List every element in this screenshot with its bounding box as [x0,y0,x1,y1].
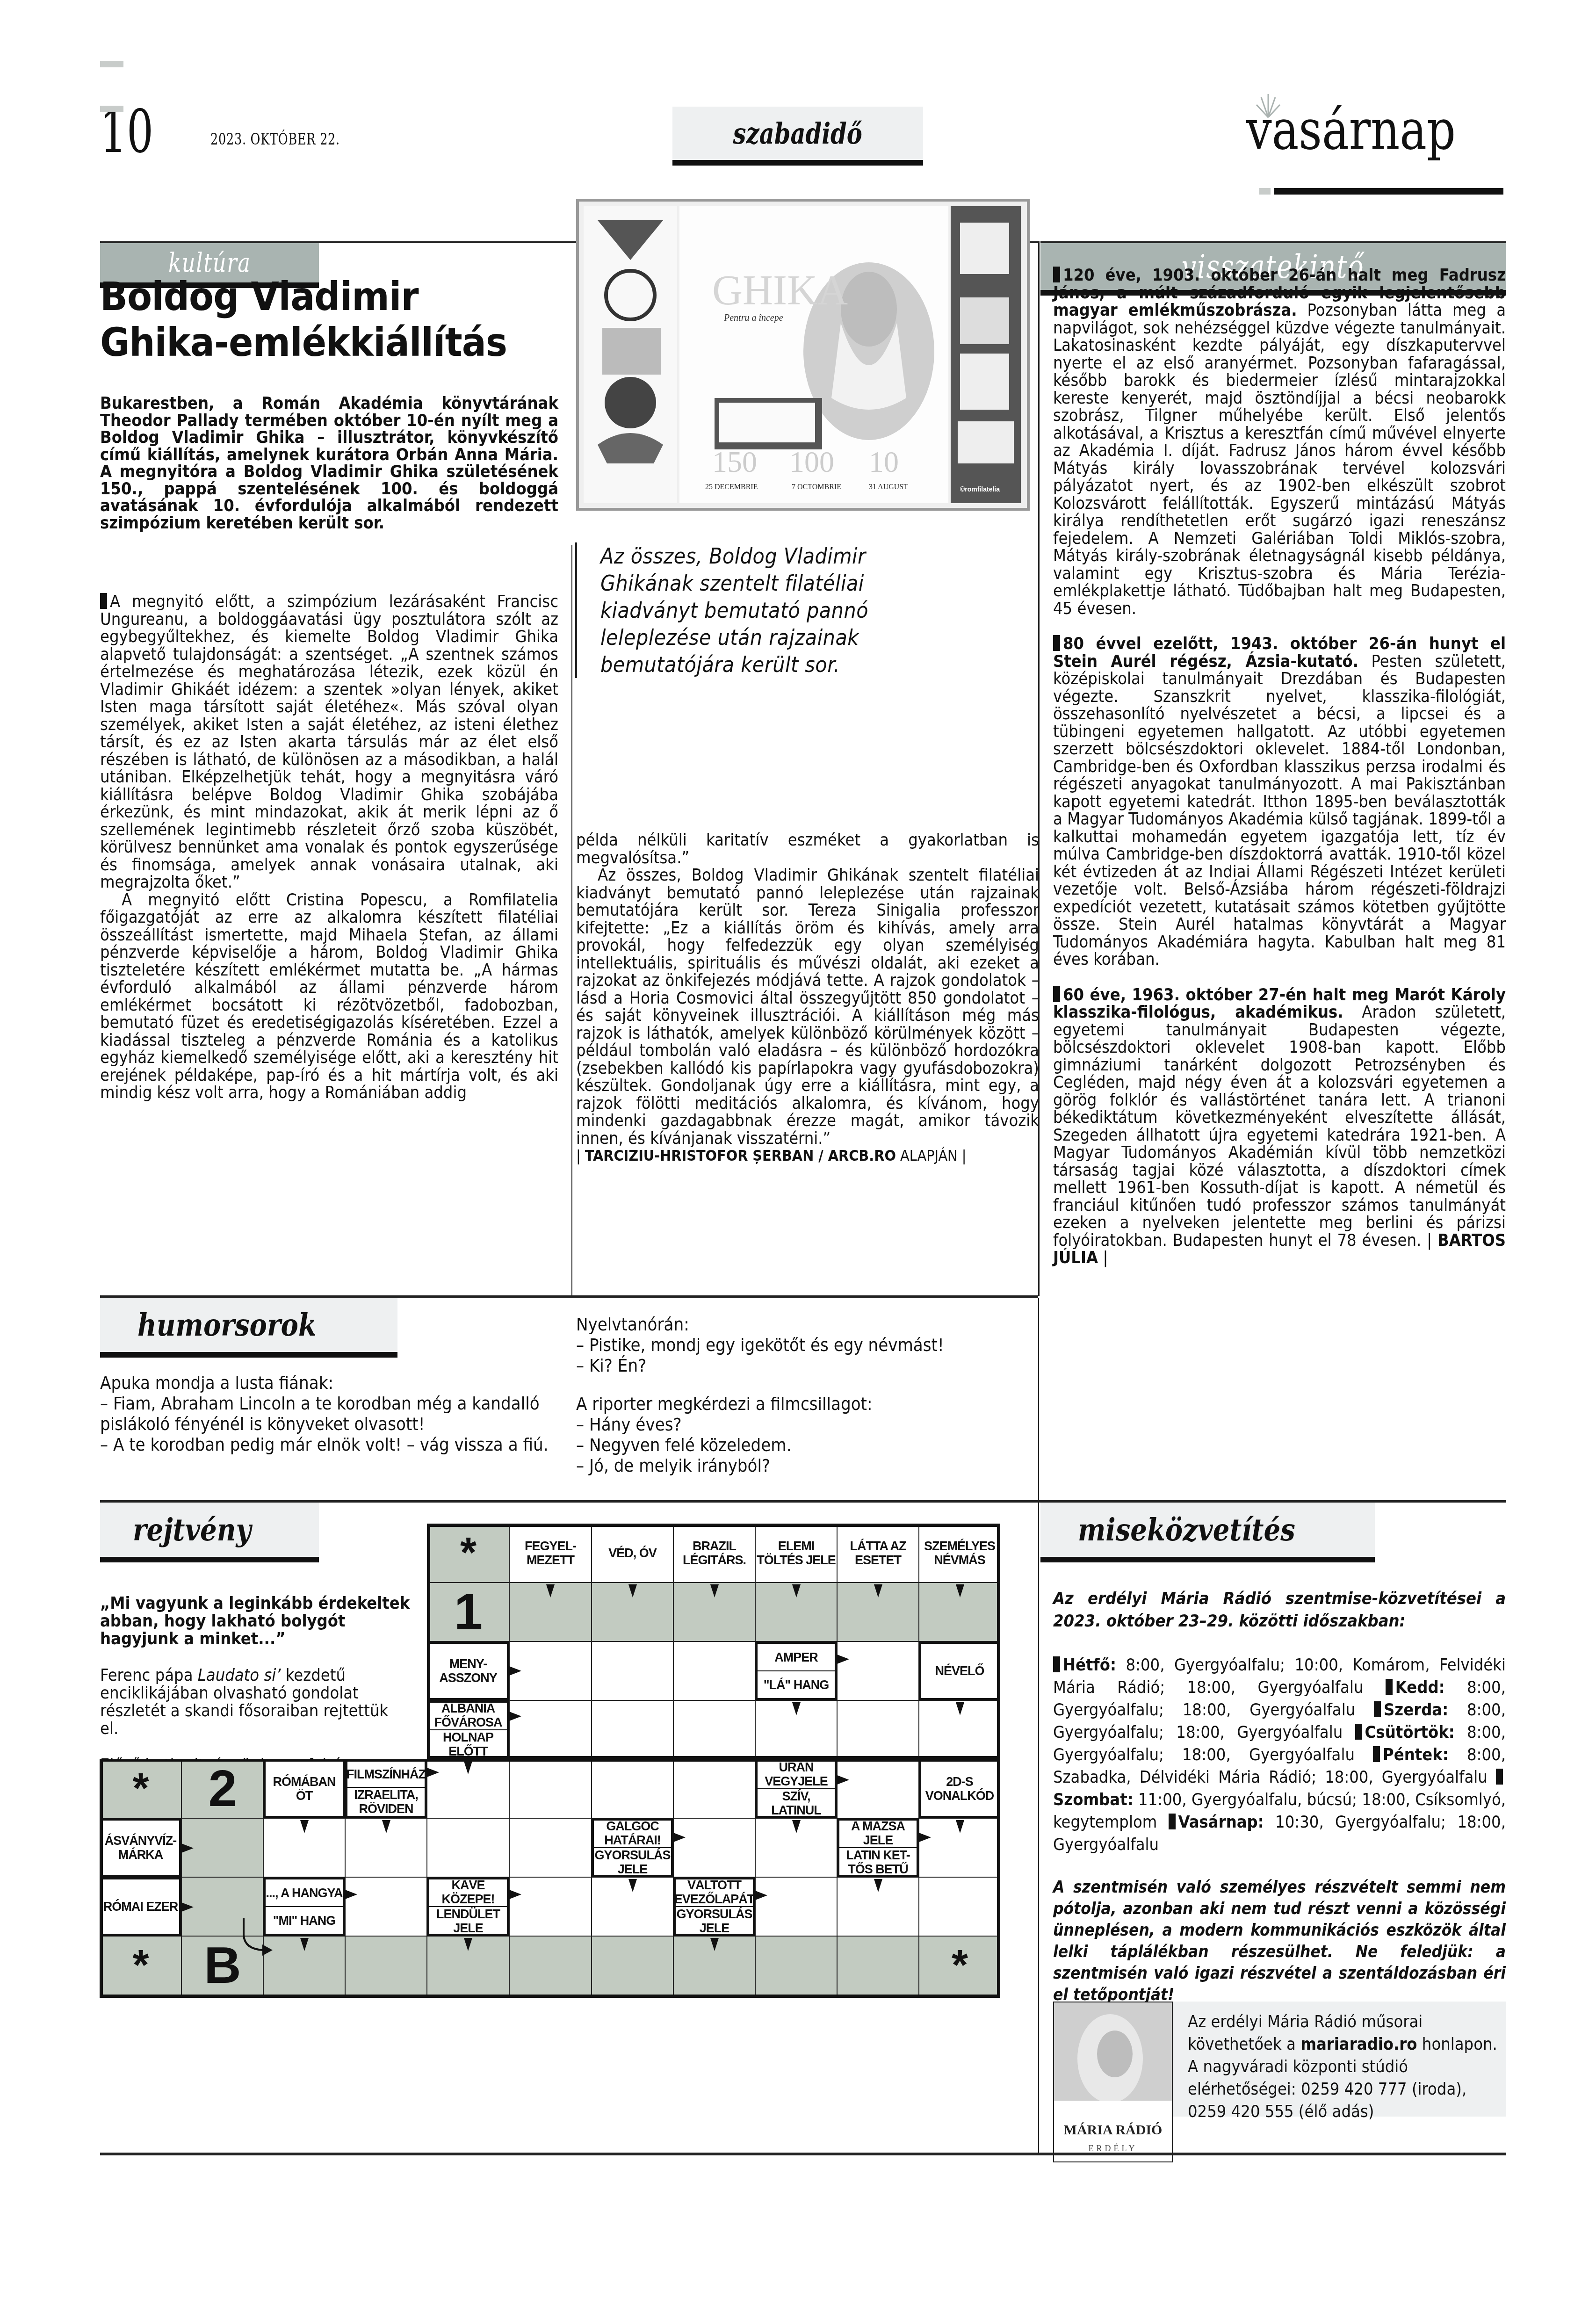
arrow-down-icon [464,1938,472,1951]
lead-text: Bukarestben, a Román Akadémia könyvtárán… [100,394,558,533]
arrow-right-icon [837,1655,849,1664]
clue-text: LENDÜLET JELE [429,1906,507,1935]
arrow-right-icon [181,1902,194,1912]
exhibition-photo: GHIKA Pentru a începe 150 100 10 25 DECE… [576,199,1030,511]
radio-info: Az erdélyi Mária Rádió műsorai követhető… [1188,2011,1501,2123]
mass-schedule: Az erdélyi Mária Rádió szentmise-közvetí… [1053,1588,1506,2006]
kicker-label: miseközvetítés [1078,1511,1295,1548]
mass-note: A szentmisén való személyes részvételt s… [1053,1877,1506,2006]
split-clue-cell: A MÁZSA JELE LATIN KET-TŐS BETŰ [837,1818,919,1877]
article-paragraph: példa nélküli karitatív eszméket a gyako… [576,831,1039,867]
svg-text:31 AUGUST: 31 AUGUST [869,483,908,491]
text: honlapon. [1417,2035,1497,2054]
retro-column: 120 éve, 1903. október 26-án halt meg Fa… [1053,267,1506,1267]
joke-line: – Negyven felé közeledem. [576,1435,1025,1455]
joke-line: – Ki? Én? [576,1355,1025,1376]
svg-text:25 DECEMBRIE: 25 DECEMBRIE [705,483,758,491]
clue-text: KÁVÉ KÖZEPE! [429,1878,507,1906]
article-paragraph: Az összes, Boldog Vladimir Ghikának szen… [576,866,1039,1148]
arrow-down-icon [956,1584,964,1597]
day-label: Péntek: [1383,1745,1449,1764]
answer-cell[interactable] [919,1877,1000,1936]
brand-rule [1274,188,1503,195]
arrow-down-icon [382,1820,390,1833]
arrow-down-icon [792,1820,801,1833]
crossword-marker: * [919,1936,1000,1995]
retro-item-text: Pesten született, középiskolai tanulmány… [1053,652,1506,969]
arrow-right-icon [755,1891,767,1900]
arrow-right-icon [427,1768,439,1777]
answer-cell[interactable] [592,1641,673,1700]
clue-cell: ÁSVÁNYVÍZ-MÁRKA [100,1818,181,1877]
svg-text:7 OCTOMBRIE: 7 OCTOMBRIE [792,483,841,491]
article-paragraph: A megnyitó előtt, a szimpózium lezárásak… [100,592,558,892]
day-label: Szombat: [1053,1790,1134,1809]
section-kicker-mass: miseközvetítés [1040,1503,1375,1562]
joke-line: – Pistike, mondj egy igekötőt és egy név… [576,1335,1025,1355]
arrow-down-icon [710,1938,719,1951]
answer-cell[interactable] [755,1877,837,1936]
joke-line: – A te korodban pedig már elnök volt! – … [100,1434,549,1455]
section-title: szabadidő [672,107,923,166]
answer-cell[interactable] [509,1700,592,1759]
svg-text:GHIKA: GHIKA [712,267,848,314]
arrow-down-icon [710,1584,719,1597]
day-marker [1373,1746,1380,1762]
day-marker [1374,1701,1381,1717]
column-divider [571,545,572,1298]
clue-text: GALGÓC HATÁRAI! [594,1819,671,1847]
answer-cell[interactable] [509,1818,592,1877]
svg-text:100: 100 [789,445,834,478]
clue-text: SZÍV, LATINUL [758,1788,835,1817]
article-paragraph: A megnyitó előtt Cristina Popescu, a Rom… [100,890,558,1103]
page-number-rule-bottom [100,106,123,112]
retro-item: 80 évvel ezelőtt, 1943. október 26-án hu… [1053,635,1506,968]
arrow-down-icon [300,1820,309,1833]
arrow-right-icon [181,1843,194,1853]
joke-left: Apuka mondja a lusta fiának: – Fiam, Abr… [100,1373,549,1455]
arrow-down-icon [792,1702,801,1715]
arrow-down-icon [956,1820,964,1833]
section-kicker-humor: humorsorok [100,1298,397,1358]
crossword-marker: 2 [181,1759,263,1818]
arrow-down-icon [874,1584,882,1597]
split-clue-cell: GALGÓC HATÁRAI! GYORSULÁS JELE [592,1818,673,1877]
svg-text:150: 150 [712,445,757,478]
madonna-image: MÁRIA RÁDIÓ ERDÉLY [1054,2002,1172,2161]
crossword-marker: 1 [427,1583,509,1641]
svg-text:Pentru a începe: Pentru a începe [723,313,783,323]
day-marker [1169,1814,1176,1829]
arrow-right-icon [837,1775,849,1785]
answer-cell[interactable] [181,1818,263,1877]
retro-item: 120 éve, 1903. október 26-án halt meg Fa… [1053,267,1506,617]
crossword-grid: * FEGYEL-MEZETT VÉD, ÓV BRAZIL LÉGITÁRS.… [100,1524,1000,2101]
clue-cell: ELEMI TÖLTÉS JELE [755,1524,837,1583]
answer-cell[interactable] [509,1936,592,1995]
mass-schedule-list: Hétfő: 8:00, Gyergyóalfalu; 10:00, Komár… [1053,1654,1506,1856]
article-lead: Bukarestben, a Román Akadémia könyvtárán… [100,395,558,532]
page-bottom-rule [100,2153,1506,2155]
philatelic-panel-image: GHIKA Pentru a începe 150 100 10 25 DECE… [579,202,1027,508]
byline-suffix: ALAPJÁN [900,1147,958,1164]
crossword-marker: * [427,1524,509,1583]
clue-text: AMPER [758,1644,835,1670]
clue-text: VÁLTOTT EVEZŐLAPÁT [676,1878,753,1906]
day-label: Csütörtök: [1365,1723,1455,1742]
day-label: Kedd: [1395,1678,1445,1697]
split-clue-cell: FILMSZÍNHÁZ IZRAELITA, RÖVIDEN [345,1759,427,1818]
arrow-down-icon [874,1879,882,1892]
day-label: Szerda: [1384,1700,1448,1720]
clue-cell: LÁTTA AZ ESETET [837,1524,919,1583]
radio-contact: A nagyváradi központi stúdió elérhetőség… [1188,2056,1501,2123]
answer-cell[interactable] [673,1700,755,1759]
clue-cell: NÉVELŐ [919,1641,1000,1700]
day-marker [1355,1724,1362,1740]
clue-cell: RÓMÁBAN ÖT [263,1759,345,1818]
clue-text: "LÁ" HANG [758,1670,835,1698]
kicker-label: humorsorok [137,1307,317,1343]
paragraph-marker [1053,635,1060,651]
retro-item: 60 éve, 1963. október 27-én halt meg Mar… [1053,986,1506,1267]
arrow-down-icon [792,1584,801,1597]
clue-cell: 2D-S VONALKÓD [919,1759,1000,1818]
paragraph-marker [1053,267,1060,282]
clue-text: IZRAELITA, RÖVIDEN [347,1787,425,1816]
arrow-right-icon [509,1890,521,1899]
arrow-down-icon [628,1879,637,1892]
clue-cell: RÓMAI EZER [100,1877,181,1936]
answer-cell[interactable] [673,1759,755,1818]
brand-rule-accent [1259,188,1271,195]
answer-cell[interactable] [509,1759,592,1818]
joke-right-2: A riporter megkérdezi a filmcsillagot: –… [576,1394,1025,1476]
article-column-1: A megnyitó előtt, a szimpózium lezárásak… [100,593,558,1102]
day-marker [1496,1769,1503,1785]
paragraph-marker [1053,986,1060,1002]
curved-arrow-icon [240,1916,277,1959]
answer-cell[interactable] [837,1641,919,1700]
clue-cell: BRAZIL LÉGITÁRS. [673,1524,755,1583]
day-label: Vasárnap: [1178,1813,1264,1832]
joke-line: A riporter megkérdezi a filmcsillagot: [576,1394,1025,1414]
answer-cell[interactable] [837,1936,919,1995]
clue-cell: SZEMÉLYES NÉVMÁS [919,1524,1000,1583]
maria-radio-logo: MÁRIA RÁDIÓ ERDÉLY [1053,2002,1173,2162]
clue-cell: VÉD, ÓV [592,1524,673,1583]
split-clue-cell: ALBÁNIA FŐVÁROSA HOLNAP ELŐTT [427,1700,509,1759]
arrow-right-icon [509,1666,521,1676]
paragraph-marker [100,593,107,609]
split-clue-cell: AMPER "LÁ" HANG [755,1641,837,1700]
day-marker [1386,1679,1393,1695]
issue-date: 2023. OKTÓBER 22. [210,130,340,149]
arrow-down-icon [628,1584,637,1597]
article-headline: Boldog Vladimir Ghika-emlékkiállítás [100,274,513,365]
answer-cell[interactable] [345,1936,427,1995]
clue-text: ALBÁNIA FŐVÁROSA [429,1701,507,1729]
answer-cell[interactable] [755,1936,837,1995]
arrow-down-icon [546,1584,555,1597]
day-marker [1053,1656,1060,1672]
crossword-marker: * [100,1759,181,1818]
svg-text:©romfilatelia: ©romfilatelia [960,485,1000,493]
arrow-down-icon [956,1702,964,1715]
answer-cell[interactable] [673,1818,755,1877]
answer-cell[interactable] [509,1877,592,1936]
arrow-right-icon [509,1712,521,1721]
joke-line: – Fiam, Abraham Lincoln a te korodban mé… [100,1393,549,1434]
joke-line: – Jó, de melyik irányból? [576,1455,1025,1476]
clue-text: HOLNAP ELŐTT [429,1729,507,1758]
clue-text: URÁN VEGYJELE [758,1760,835,1788]
clue-text: GYORSULÁS JELE [676,1906,753,1935]
clue-cell: MENY-ASSZONY [427,1641,509,1700]
clue-text: A MÁZSA JELE [839,1819,917,1847]
clue-text: FILMSZÍNHÁZ [347,1762,425,1787]
clue-text: ..., A HANGYA [266,1879,343,1906]
section-title-label: szabadidő [733,116,862,151]
answer-cell[interactable] [345,1877,427,1936]
photo-caption: Az összes, Boldog Vladimir Ghikának szen… [575,542,931,678]
answer-cell[interactable] [509,1641,592,1700]
logo-text: MÁRIA RÁDIÓ [1064,2122,1163,2138]
joke-line: – Hány éves? [576,1414,1025,1435]
logo-subtext: ERDÉLY [1088,2143,1137,2153]
split-clue-cell: URÁN VEGYJELE SZÍV, LATINUL [755,1759,837,1818]
joke-right-1: Nyelvtanórán: – Pistike, mondj egy igekö… [576,1314,1025,1376]
retro-item-text: Pozsonyban látta meg a napvilágot, sok n… [1053,301,1506,618]
day-label: Hétfő: [1063,1655,1116,1675]
split-clue-cell: VÁLTOTT EVEZŐLAPÁT GYORSULÁS JELE [673,1877,755,1936]
crossword-marker: * [100,1936,181,1995]
svg-text:10: 10 [869,445,899,478]
arrow-right-icon [673,1833,686,1842]
answer-cell[interactable] [837,1700,919,1759]
arrow-right-icon [345,1890,357,1899]
article-byline: TARCIZIU-HRISTOFOR ȘERBAN / ARCB.RO [585,1147,896,1164]
clue-cell: FEGYEL-MEZETT [509,1524,592,1583]
clue-text: GYORSULÁS JELE [594,1847,671,1876]
joke-line: Apuka mondja a lusta fiának: [100,1373,549,1393]
retro-item-text: Aradon született, egyetemi tanulmányait … [1053,1003,1506,1250]
arrow-down-icon [464,1761,472,1774]
joke-line: Nyelvtanórán: [576,1314,1025,1335]
split-clue-cell: KÁVÉ KÖZEPE! LENDÜLET JELE [427,1877,509,1936]
page-number-rule-top [100,61,123,67]
answer-cell[interactable] [592,1700,673,1759]
answer-cell[interactable] [837,1759,919,1818]
answer-cell[interactable] [592,1759,673,1818]
newspaper-brand: vasárnap [1246,102,1456,157]
answer-cell[interactable] [673,1641,755,1700]
article-column-2: példa nélküli karitatív eszméket a gyako… [576,831,1039,1165]
clue-text: LATIN KET-TŐS BETŰ [839,1847,917,1876]
mass-intro: Az erdélyi Mária Rádió szentmise-közvetí… [1053,1588,1506,1633]
arrow-down-icon [300,1938,309,1951]
column-divider [1038,1298,1039,2154]
arrow-right-icon [919,1833,931,1842]
answer-cell[interactable] [427,1818,509,1877]
answer-cell[interactable] [592,1936,673,1995]
radio-website-link[interactable]: mariaradio.ro [1300,2035,1417,2054]
